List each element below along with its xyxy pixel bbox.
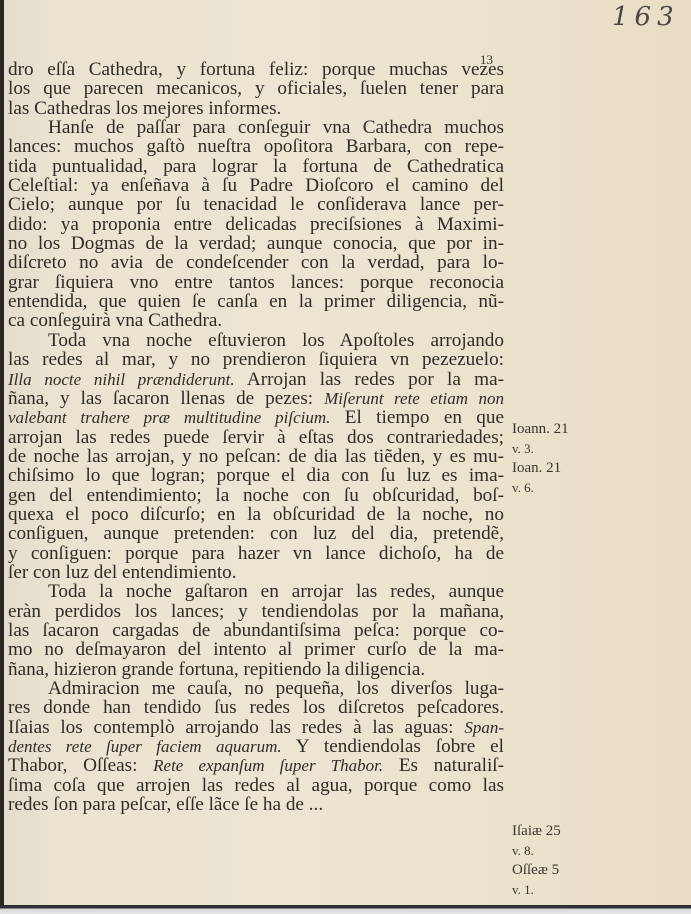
marginal-citation: Ioan. 21: [512, 459, 569, 478]
text-line: las redes al mar, y no prendieron ſiquie…: [8, 350, 504, 369]
marginal-citation: Iſaiæ 25: [512, 822, 561, 841]
text-line: eràn perdidos los lances; y tendiendolas…: [8, 602, 504, 621]
text-line: lances: muchos gaſtò nueſtra opoſitora B…: [8, 137, 504, 156]
text-line: res donde han tendido ſus redes los diſc…: [8, 698, 504, 717]
text-line: mo no deſmayaron del intento al primer c…: [8, 640, 504, 659]
text-line: ſer con luz del entendimiento.: [8, 563, 504, 582]
text-line: gen del entendimiento; la noche con ſu o…: [8, 486, 504, 505]
text-line: ñana, y las ſacaron llenas de pezes: Miſ…: [8, 389, 504, 408]
marginal-citation: Oſſeæ 5: [512, 861, 561, 880]
paragraph-start-line: Hanſe de paſſar para conſeguir vna Cathe…: [8, 118, 504, 137]
marginal-citation: v. 3.: [512, 439, 569, 458]
text-line: grar ſiquiera vno entre tantos lances: p…: [8, 273, 504, 292]
text-line: ſima coſa que arrojen las redes al agua,…: [8, 776, 504, 795]
marginal-notes-isaiah-hosea: Iſaiæ 25 v. 8. Oſſeæ 5 v. 1.: [512, 822, 561, 899]
text-line: conſiguen, aunque pretenden: con luz del…: [8, 524, 504, 543]
marginal-citation: v. 8.: [512, 841, 561, 860]
page-binding-edge: [0, 0, 4, 905]
latin-quote: dentes rete ſuper faciem aquarum.: [8, 737, 282, 756]
latin-quote: Illa nocte nihil prændiderunt.: [8, 370, 235, 389]
paragraph-start-line: Toda vna noche eſtuvieron los Apoſtoles …: [8, 331, 504, 350]
paragraph-start-line: Admiracion me cauſa, no pequeña, los div…: [8, 679, 504, 698]
text-line: entendida, que quien ſe canſa en la prim…: [8, 292, 504, 311]
latin-quote: Rete expanſum ſuper Thabor.: [153, 756, 383, 775]
book-page-scan: 163 13 dro eſſa Cathedra, y fortuna feli…: [0, 0, 691, 905]
text-line: arrojan las redes puede ſervir à eſtas d…: [8, 428, 504, 447]
text-line: Illa nocte nihil prændiderunt. Arrojan l…: [8, 370, 504, 389]
text-line: quexa el poco diſcurſo; en la obſcuridad…: [8, 505, 504, 524]
marginal-citation: Ioann. 21: [512, 420, 569, 439]
text-line: y conſiguen: porque para hazer vn lance …: [8, 544, 504, 563]
text-line: redes ſon para peſcar, eſſe lãce ſe ha d…: [8, 795, 504, 814]
text-line: de noche las arrojan, y no peſcan: de di…: [8, 447, 504, 466]
body-text: dro eſſa Cathedra, y fortuna feliz: porq…: [8, 60, 504, 814]
marginal-citation: v. 6.: [512, 478, 569, 497]
text-line: valebant trahere præ multitudine piſcium…: [8, 408, 504, 427]
text-line: Iſaias los contemplò arrojando las redes…: [8, 718, 504, 737]
text-line: dro eſſa Cathedra, y fortuna feliz: porq…: [8, 60, 504, 79]
paragraph-start-line: Toda la noche gaſtaron en arrojar las re…: [8, 582, 504, 601]
text-line: las Cathedras los mejores informes.: [8, 99, 504, 118]
text-line: Celeſtial: ya enſeñava à ſu Padre Dioſco…: [8, 176, 504, 195]
text-line: las ſacaron cargadas de abundantiſsima p…: [8, 621, 504, 640]
text-line: tida puntualidad, para lograr la fortuna…: [8, 157, 504, 176]
handwritten-folio-number: 163: [612, 2, 680, 32]
text-line: Thabor, Oſſeas: Rete expanſum ſuper Thab…: [8, 756, 504, 775]
latin-quote: Miſerunt rete etiam non: [324, 389, 504, 408]
text-line: Cielo; aunque por ſu tenacidad le conſid…: [8, 195, 504, 214]
text-line: los que parecen mecanicos, y oficiales, …: [8, 79, 504, 98]
marginal-citation: v. 1.: [512, 880, 561, 899]
text-line: ñana, hizieron grande fortuna, repitiend…: [8, 660, 504, 679]
text-line: diſcreto no avia de condeſcender con la …: [8, 253, 504, 272]
viewer-bottom-bar: [0, 905, 691, 914]
marginal-notes-john: Ioann. 21 v. 3. Ioan. 21 v. 6.: [512, 420, 569, 497]
latin-quote: Span-: [464, 718, 504, 737]
text-line: dentes rete ſuper faciem aquarum. Y tend…: [8, 737, 504, 756]
text-line: ca conſeguirà vna Cathedra.: [8, 311, 504, 330]
text-line: no los Dogmas de la verdad; aunque conoc…: [8, 234, 504, 253]
latin-quote: valebant trahere præ multitudine piſcium…: [8, 408, 330, 427]
text-line: dido: ya proponia entre delicadas preciſ…: [8, 215, 504, 234]
text-line: chiſsimo lo que logran; porque el dia co…: [8, 466, 504, 485]
